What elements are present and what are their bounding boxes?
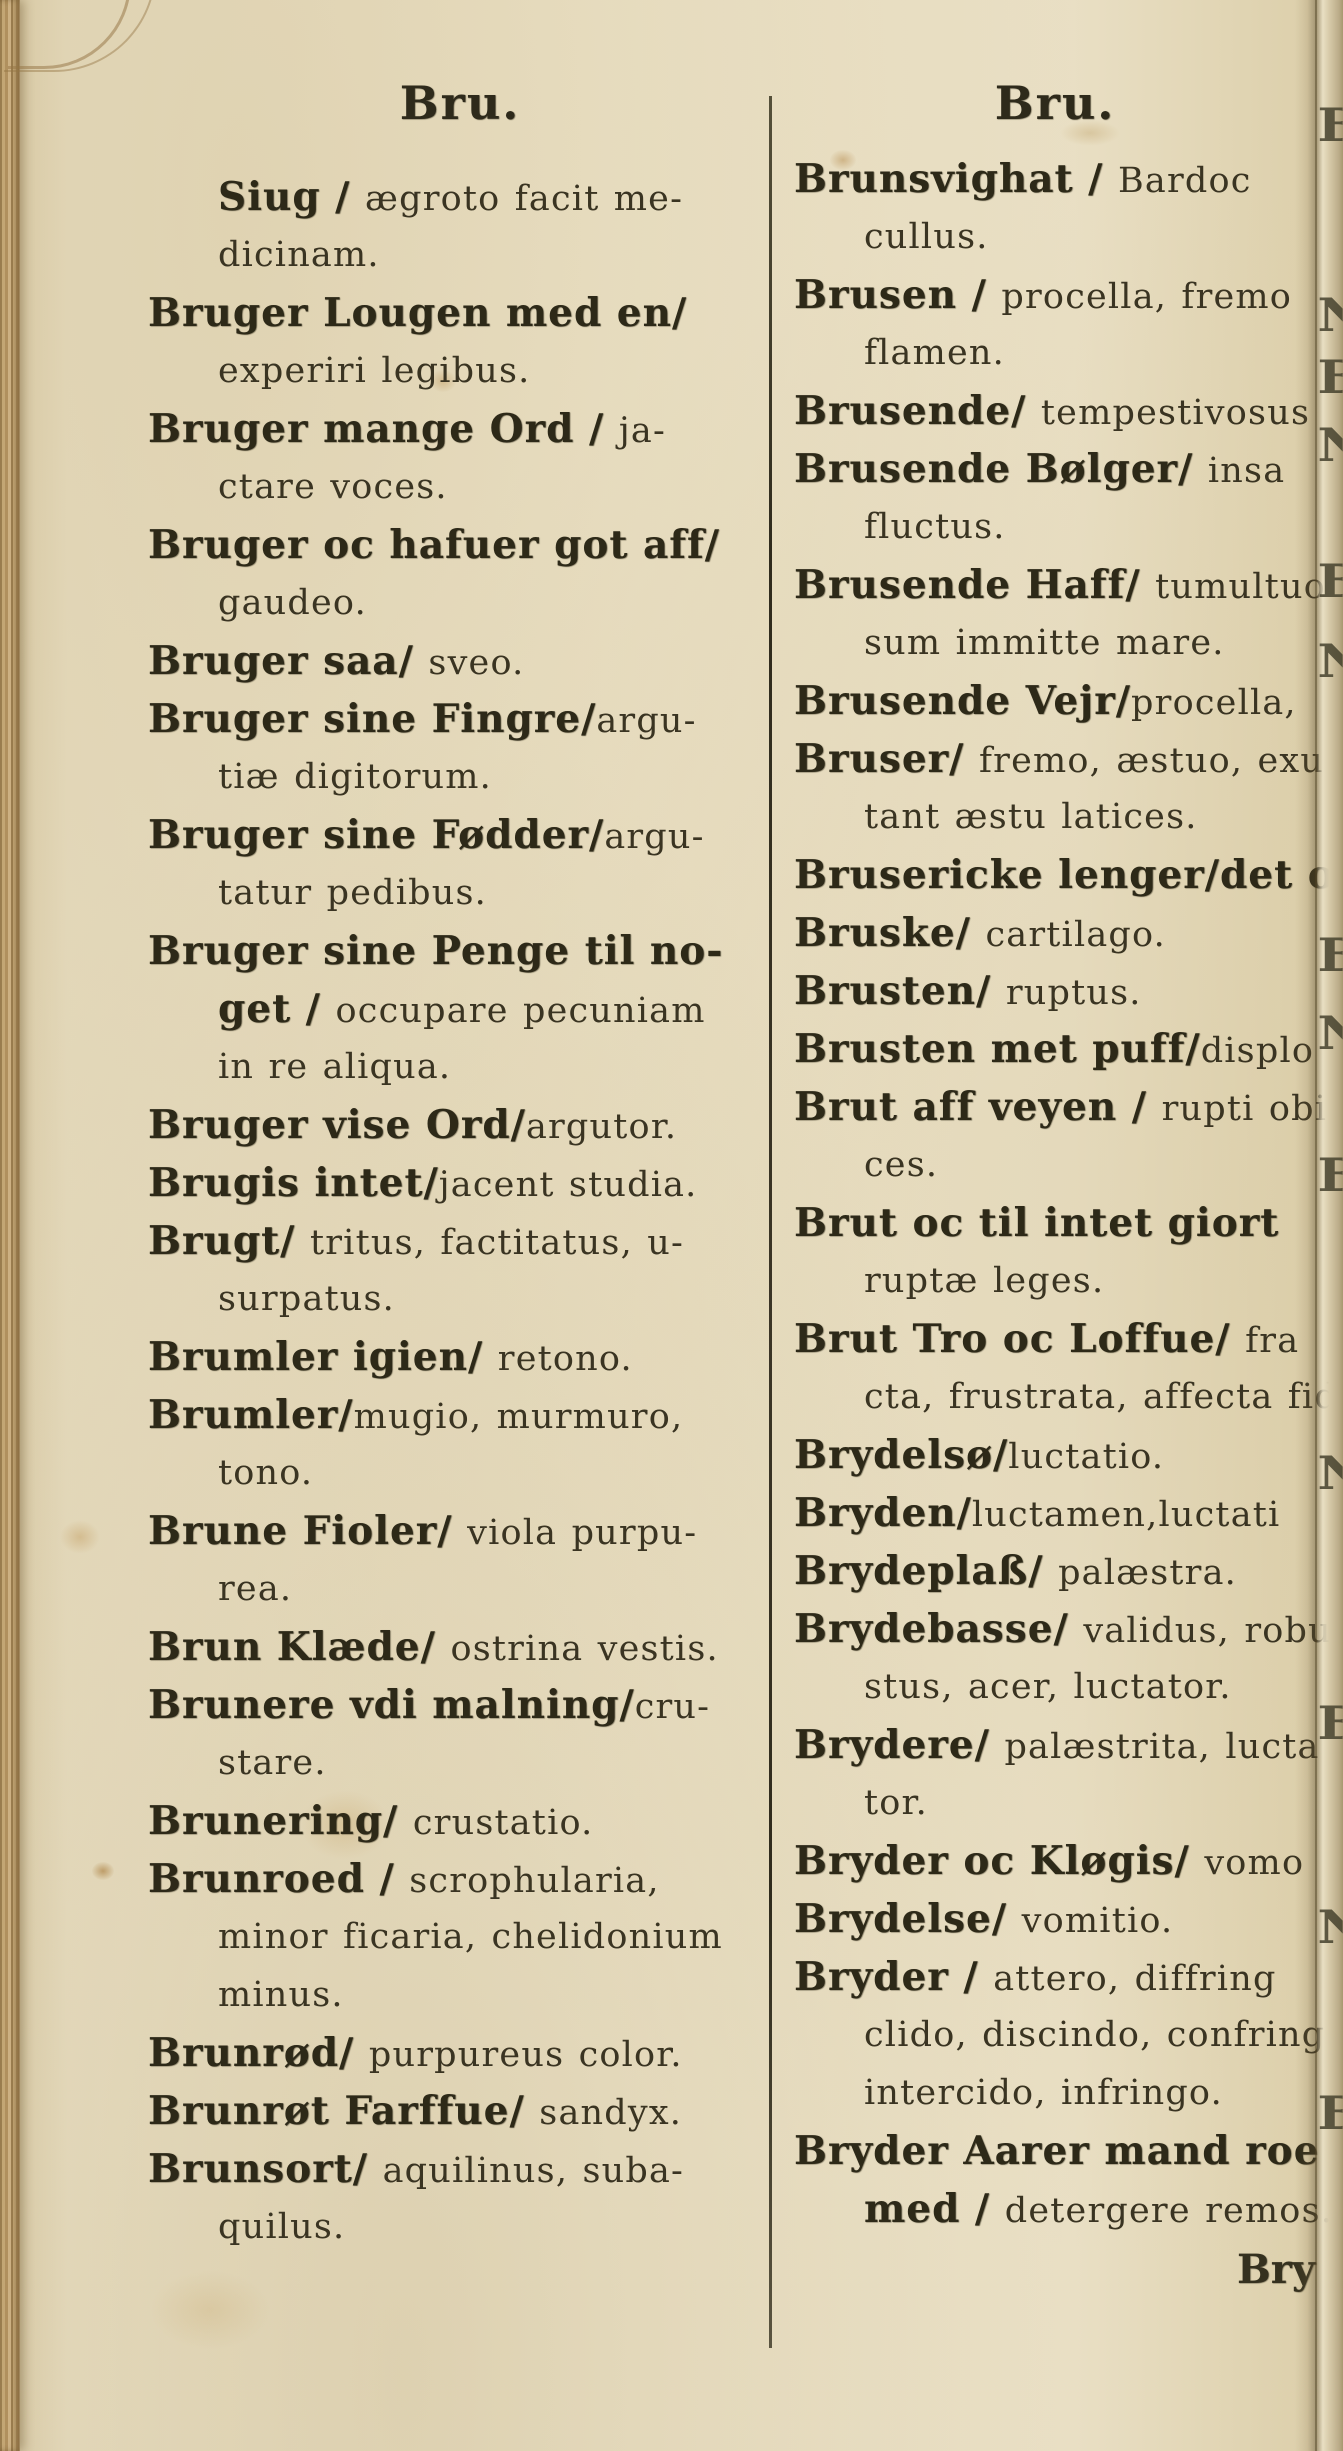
cut-letter-fragment: N <box>1317 420 1342 470</box>
latin-text: minus. <box>218 1975 344 2015</box>
entry-line: Brune Fioler/ viola purpu- <box>148 1502 772 1560</box>
dict-entry: Brunsort/ aquilinus, suba-quilus. <box>148 2140 772 2256</box>
dictionary-column-right: Brunsvighat / Bardoccullus.Brusen / proc… <box>794 150 1343 2238</box>
headword-text: Brunrøt Farffue/ <box>148 2088 539 2134</box>
latin-text: jacent studia. <box>439 1165 698 1205</box>
cut-letter-fragment: N <box>1317 1902 1342 1952</box>
entry-line: Bruske/ cartilago. <box>794 904 1343 962</box>
entry-line: gaudeo. <box>148 574 772 632</box>
latin-text: tatur pedibus. <box>218 873 487 913</box>
entry-line: quilus. <box>148 2198 772 2256</box>
latin-text: quilus. <box>218 2207 345 2247</box>
latin-text: vomitio. <box>1022 1901 1174 1941</box>
headword-text: Brydelse/ <box>794 1896 1022 1942</box>
latin-text: purpureus color. <box>369 2035 683 2075</box>
dict-entry: Brugt/ tritus, factitatus, u-surpatus. <box>148 1212 772 1328</box>
dict-entry: Brusten met puff/displo <box>794 1020 1343 1078</box>
latin-text: tono. <box>218 1453 313 1493</box>
entry-line: Bryder / attero, diffring <box>794 1948 1343 2006</box>
latin-text: argutor. <box>526 1107 677 1147</box>
dict-entry: Brusende/ tempestivosus <box>794 382 1343 440</box>
latin-text: gaudeo. <box>218 583 367 623</box>
dictionary-column-left: Siug / ægroto facit me-dicinam.Bruger Lo… <box>148 168 772 2256</box>
latin-text: ruptæ leges. <box>864 1261 1104 1301</box>
headword-text: Brunrød/ <box>148 2030 369 2076</box>
entry-line: sum immitte mare. <box>794 614 1343 672</box>
entry-line: minor ficaria, chelidonium <box>148 1908 772 1966</box>
entry-line: stus, acer, luctator. <box>794 1658 1343 1716</box>
entry-line: Brusten/ ruptus. <box>794 962 1343 1020</box>
entry-line: Siug / ægroto facit me- <box>148 168 772 226</box>
dict-entry: Brunrøt Farffue/ sandyx. <box>148 2082 772 2140</box>
headword-text: Brydelsø/ <box>794 1432 1008 1478</box>
headword-text: Brumler/ <box>148 1392 354 1438</box>
headword-text: Brun Klæde/ <box>148 1624 450 1670</box>
headword-text: Brydeplaß/ <box>794 1548 1058 1594</box>
cut-letter-fragment: N <box>1317 636 1342 686</box>
latin-text: Bardoc <box>1118 161 1252 201</box>
latin-text: scrophularia, <box>409 1861 659 1901</box>
entry-line: Brugis intet/jacent studia. <box>148 1154 772 1212</box>
latin-text: cru- <box>635 1687 711 1727</box>
latin-text: clido, discindo, confring <box>864 2015 1325 2055</box>
latin-text: viola purpu- <box>467 1513 697 1553</box>
entry-line: tiæ digitorum. <box>148 748 772 806</box>
dict-entry: Bruser/ fremo, æstuo, exutant æstu latic… <box>794 730 1343 846</box>
cut-letter-fragment: N <box>1317 290 1342 340</box>
dict-entry: Brusen / procella, fremoflamen. <box>794 266 1343 382</box>
entry-line: Brun Klæde/ ostrina vestis. <box>148 1618 772 1676</box>
entry-line: Brumler igien/ retono. <box>148 1328 772 1386</box>
latin-text: argu- <box>596 701 696 741</box>
entry-line: ctare voces. <box>148 458 772 516</box>
dict-entry: Brut aff veyen / rupti obices. <box>794 1078 1343 1194</box>
latin-text: procella, <box>1131 683 1297 723</box>
headword-text: Brusten met puff/ <box>794 1026 1201 1072</box>
dict-entry: Bryder oc Kløgis/ vomo <box>794 1832 1343 1890</box>
latin-text: fremo, æstuo, exu <box>979 741 1324 781</box>
running-head-left: Bru. <box>150 76 770 130</box>
scanned-dictionary-page: Bru. Bru. Siug / ægroto facit me-dicinam… <box>0 0 1343 2451</box>
latin-text: ruptus. <box>1006 973 1142 1013</box>
entry-line: flamen. <box>794 324 1343 382</box>
dict-entry: Brydelsø/luctatio. <box>794 1426 1343 1484</box>
dict-entry: Bruger vise Ord/argutor. <box>148 1096 772 1154</box>
latin-text: in re aliqua. <box>218 1047 451 1087</box>
dict-entry: Bruger oc hafuer got aff/gaudeo. <box>148 516 772 632</box>
latin-text: dicinam. <box>218 235 380 275</box>
latin-text: palæstra. <box>1058 1553 1237 1593</box>
entry-line: Brusten met puff/displo <box>794 1020 1343 1078</box>
dict-entry: Brusende Haff/ tumultuosum immitte mare. <box>794 556 1343 672</box>
entry-line: tono. <box>148 1444 772 1502</box>
latin-text: luctatio. <box>1008 1437 1164 1477</box>
latin-text: surpatus. <box>218 1279 395 1319</box>
entry-line: intercido, infringo. <box>794 2064 1343 2122</box>
headword-text: Brugt/ <box>148 1218 310 1264</box>
paper-stain <box>150 2270 270 2350</box>
headword-text: Brusende Vejr/ <box>794 678 1131 724</box>
dict-entry: Brusten/ ruptus. <box>794 962 1343 1020</box>
latin-text: occupare pecuniam <box>336 991 706 1031</box>
dict-entry: Brunering/ crustatio. <box>148 1792 772 1850</box>
entry-line: Bryder Aarer mand roe <box>794 2122 1343 2180</box>
cut-letter-fragment: B <box>1317 100 1342 150</box>
latin-text: attero, diffring <box>993 1959 1276 1999</box>
dict-entry: Bryder Aarer mand roemed / detergere rem… <box>794 2122 1343 2238</box>
latin-text: fra <box>1245 1321 1299 1361</box>
dict-entry: Bruger sine Fødder/argu-tatur pedibus. <box>148 806 772 922</box>
latin-text: sveo. <box>428 643 524 683</box>
headword-text: Bruger saa/ <box>148 638 428 684</box>
entry-line: minus. <box>148 1966 772 2024</box>
headword-text: Bruger Lougen med en/ <box>148 290 687 336</box>
dict-entry: Brusericke lenger/det on <box>794 846 1343 904</box>
dict-entry: Bryder / attero, diffringclido, discindo… <box>794 1948 1343 2122</box>
entry-line: Brydebasse/ validus, robu <box>794 1600 1343 1658</box>
latin-text: rea. <box>218 1569 292 1609</box>
latin-text: stare. <box>218 1743 327 1783</box>
entry-line: Brunsvighat / Bardoc <box>794 150 1343 208</box>
entry-line: Brusende Haff/ tumultuo <box>794 556 1343 614</box>
entry-line: Brunering/ crustatio. <box>148 1792 772 1850</box>
dict-entry: Brunroed / scrophularia,minor ficaria, c… <box>148 1850 772 2024</box>
latin-text: tiæ digitorum. <box>218 757 492 797</box>
headword-text: Bruske/ <box>794 910 985 956</box>
latin-text: argu- <box>604 817 704 857</box>
headword-text: Bruger sine Penge til no- <box>148 928 723 974</box>
cut-letter-fragment: N <box>1317 1448 1342 1498</box>
latin-text: tor. <box>864 1783 928 1823</box>
entry-line: Bruger sine Fødder/argu- <box>148 806 772 864</box>
headword-text: Brunroed / <box>148 1856 409 1902</box>
headword-text: Brugis intet/ <box>148 1160 439 1206</box>
dict-entry: Brune Fioler/ viola purpu-rea. <box>148 1502 772 1618</box>
cut-letter-fragment: B <box>1317 352 1342 402</box>
headword-text: Bryden/ <box>794 1490 972 1536</box>
latin-text: vomo <box>1204 1843 1304 1883</box>
headword-text: Bruger vise Ord/ <box>148 1102 526 1148</box>
entry-line: dicinam. <box>148 226 772 284</box>
paper-stain <box>92 1862 114 1880</box>
headword-text: Brusende Bølger/ <box>794 446 1208 492</box>
headword-text: Brydere/ <box>794 1722 1004 1768</box>
entry-line: experiri legibus. <box>148 342 772 400</box>
entry-line: Brydeplaß/ palæstra. <box>794 1542 1343 1600</box>
entry-line: Bruger oc hafuer got aff/ <box>148 516 772 574</box>
headword-text: Brunsort/ <box>148 2146 383 2192</box>
latin-text: procella, fremo <box>1001 277 1292 317</box>
latin-text: luctamen,luctati <box>972 1495 1281 1535</box>
cut-letter-fragment: B <box>1317 1150 1342 1200</box>
entry-line: Bryder oc Kløgis/ vomo <box>794 1832 1343 1890</box>
dict-entry: Siug / ægroto facit me-dicinam. <box>148 168 772 284</box>
entry-line: tant æstu latices. <box>794 788 1343 846</box>
headword-text: get / <box>218 986 336 1032</box>
latin-text: fluctus. <box>864 507 1006 547</box>
dict-entry: Bryden/luctamen,luctati <box>794 1484 1343 1542</box>
dict-entry: Bruske/ cartilago. <box>794 904 1343 962</box>
dict-entry: Bruger sine Fingre/argu-tiæ digitorum. <box>148 690 772 806</box>
cut-letter-fragment: B <box>1317 930 1342 980</box>
headword-text: Brunsvighat / <box>794 156 1118 202</box>
entry-line: Bruger sine Penge til no- <box>148 922 772 980</box>
latin-text: ægroto facit me- <box>365 179 683 219</box>
dict-entry: Brydelse/ vomitio. <box>794 1890 1343 1948</box>
paper-stain <box>60 1520 100 1554</box>
headword-text: Brut aff veyen / <box>794 1084 1162 1130</box>
dict-entry: Brut Tro oc Loffue/ fracta, frustrata, a… <box>794 1310 1343 1426</box>
dict-entry: Brunsvighat / Bardoccullus. <box>794 150 1343 266</box>
entry-line: fluctus. <box>794 498 1343 556</box>
latin-text: ostrina vestis. <box>450 1629 718 1669</box>
dict-entry: Brusende Vejr/procella, <box>794 672 1343 730</box>
cut-letter-fragment: N <box>1317 1008 1342 1058</box>
entry-line: Bruger mange Ord / ja- <box>148 400 772 458</box>
latin-text: flamen. <box>864 333 1005 373</box>
latin-text: sandyx. <box>539 2093 682 2133</box>
latin-text: tritus, factitatus, u- <box>310 1223 684 1263</box>
entry-line: Brut aff veyen / rupti obi <box>794 1078 1343 1136</box>
entry-line: tor. <box>794 1774 1343 1832</box>
headword-text: Bruser/ <box>794 736 979 782</box>
entry-line: stare. <box>148 1734 772 1792</box>
entry-line: Brut Tro oc Loffue/ fra <box>794 1310 1343 1368</box>
dict-entry: Bruger mange Ord / ja-ctare voces. <box>148 400 772 516</box>
entry-line: cta, frustrata, affecta fide <box>794 1368 1343 1426</box>
latin-text: crustatio. <box>413 1803 594 1843</box>
entry-line: Bruger sine Fingre/argu- <box>148 690 772 748</box>
dict-entry: Bruger Lougen med en/experiri legibus. <box>148 284 772 400</box>
entry-line: ces. <box>794 1136 1343 1194</box>
page-corner-curl <box>4 0 156 72</box>
dict-entry: Brunere vdi malning/cru-stare. <box>148 1676 772 1792</box>
entry-line: Brydere/ palæstrita, lucta <box>794 1716 1343 1774</box>
headword-text: Bryder Aarer mand roe <box>794 2128 1320 2174</box>
headword-text: Siug / <box>218 174 365 220</box>
dict-entry: Brydere/ palæstrita, luctator. <box>794 1716 1343 1832</box>
entry-line: Brydelsø/luctatio. <box>794 1426 1343 1484</box>
entry-line: Brunere vdi malning/cru- <box>148 1676 772 1734</box>
entry-line: clido, discindo, confring <box>794 2006 1343 2064</box>
headword-text: Brune Fioler/ <box>148 1508 467 1554</box>
latin-text: aquilinus, suba- <box>383 2151 685 2191</box>
entry-line: rea. <box>148 1560 772 1618</box>
dict-entry: Brumler/mugio, murmuro,tono. <box>148 1386 772 1502</box>
latin-text: sum immitte mare. <box>864 623 1225 663</box>
entry-line: Brydelse/ vomitio. <box>794 1890 1343 1948</box>
latin-text: insa <box>1208 451 1285 491</box>
latin-text: tempestivosus <box>1041 393 1310 433</box>
dict-entry: Brunrød/ purpureus color. <box>148 2024 772 2082</box>
headword-text: Brusen / <box>794 272 1001 318</box>
latin-text: minor ficaria, chelidonium <box>218 1917 723 1957</box>
headword-text: Bruger mange Ord / <box>148 406 619 452</box>
entry-line: med / detergere remos. <box>794 2180 1343 2238</box>
book-page-edge <box>0 0 20 2451</box>
latin-text: detergere remos. <box>1005 2191 1333 2231</box>
headword-text: Bryder oc Kløgis/ <box>794 1838 1204 1884</box>
entry-line: Brugt/ tritus, factitatus, u- <box>148 1212 772 1270</box>
headword-text: Bryder / <box>794 1954 993 2000</box>
latin-text: retono. <box>498 1339 633 1379</box>
latin-text: cullus. <box>864 217 989 257</box>
dict-entry: Brun Klæde/ ostrina vestis. <box>148 1618 772 1676</box>
latin-text: ja- <box>619 411 666 451</box>
entry-line: Bruger saa/ sveo. <box>148 632 772 690</box>
headword-text: Brut Tro oc Loffue/ <box>794 1316 1245 1362</box>
entry-line: in re aliqua. <box>148 1038 772 1096</box>
entry-line: tatur pedibus. <box>148 864 772 922</box>
entry-line: Brusende/ tempestivosus <box>794 382 1343 440</box>
entry-line: Brusen / procella, fremo <box>794 266 1343 324</box>
latin-text: tant æstu latices. <box>864 797 1198 837</box>
dict-entry: Brumler igien/ retono. <box>148 1328 772 1386</box>
dict-entry: Brydebasse/ validus, robustus, acer, luc… <box>794 1600 1343 1716</box>
latin-text: experiri legibus. <box>218 351 530 391</box>
latin-text: cartilago. <box>985 915 1166 955</box>
headword-text: Brusten/ <box>794 968 1006 1014</box>
headword-text: med / <box>864 2186 1005 2232</box>
entry-line: Bruser/ fremo, æstuo, exu <box>794 730 1343 788</box>
headword-text: Bruger oc hafuer got aff/ <box>148 522 720 568</box>
dict-entry: Brugis intet/jacent studia. <box>148 1154 772 1212</box>
entry-line: Brunrød/ purpureus color. <box>148 2024 772 2082</box>
headword-text: Brunere vdi malning/ <box>148 1682 635 1728</box>
headword-text: Brumler igien/ <box>148 1334 498 1380</box>
entry-line: Brusende Bølger/ insa <box>794 440 1343 498</box>
headword-text: Brut oc til intet giort <box>794 1200 1279 1246</box>
entry-line: Bryden/luctamen,luctati <box>794 1484 1343 1542</box>
cut-letter-fragment: B <box>1317 1698 1342 1748</box>
headword-text: Brusericke lenger/ <box>794 852 1220 898</box>
headword-text: Bruger sine Fødder/ <box>148 812 604 858</box>
entry-line: cullus. <box>794 208 1343 266</box>
latin-text: ctare voces. <box>218 467 448 507</box>
entry-line: Brusericke lenger/det on <box>794 846 1343 904</box>
cut-letter-fragment: B <box>1317 556 1342 606</box>
running-head-right: Bru. <box>795 76 1315 130</box>
latin-text: intercido, infringo. <box>864 2073 1223 2113</box>
cut-letter-fragment: B <box>1317 2088 1342 2138</box>
dict-entry: Bruger sine Penge til no-get / occupare … <box>148 922 772 1096</box>
headword-text: Brusende/ <box>794 388 1041 434</box>
headword-text: Brunering/ <box>148 1798 413 1844</box>
dict-entry: Bruger saa/ sveo. <box>148 632 772 690</box>
latin-text: ces. <box>864 1145 938 1185</box>
dict-entry: Brydeplaß/ palæstra. <box>794 1542 1343 1600</box>
dict-entry: Brusende Bølger/ insafluctus. <box>794 440 1343 556</box>
entry-line: get / occupare pecuniam <box>148 980 772 1038</box>
entry-line: Brunrøt Farffue/ sandyx. <box>148 2082 772 2140</box>
entry-line: Brunsort/ aquilinus, suba- <box>148 2140 772 2198</box>
latin-text: palæstrita, lucta <box>1004 1727 1319 1767</box>
latin-text: stus, acer, luctator. <box>864 1667 1232 1707</box>
latin-text: cta, frustrata, affecta fide <box>864 1377 1343 1417</box>
entry-line: surpatus. <box>148 1270 772 1328</box>
headword-text: Bruger sine Fingre/ <box>148 696 596 742</box>
headword-text: Brusende Haff/ <box>794 562 1155 608</box>
headword-text: Brydebasse/ <box>794 1606 1083 1652</box>
entry-line: Brunroed / scrophularia, <box>148 1850 772 1908</box>
entry-line: Bruger vise Ord/argutor. <box>148 1096 772 1154</box>
entry-line: ruptæ leges. <box>794 1252 1343 1310</box>
entry-line: Brumler/mugio, murmuro, <box>148 1386 772 1444</box>
entry-line: Brut oc til intet giort <box>794 1194 1343 1252</box>
entry-line: Brusende Vejr/procella, <box>794 672 1343 730</box>
dict-entry: Brut oc til intet giortruptæ leges. <box>794 1194 1343 1310</box>
latin-text: mugio, murmuro, <box>354 1397 684 1437</box>
entry-line: Bruger Lougen med en/ <box>148 284 772 342</box>
